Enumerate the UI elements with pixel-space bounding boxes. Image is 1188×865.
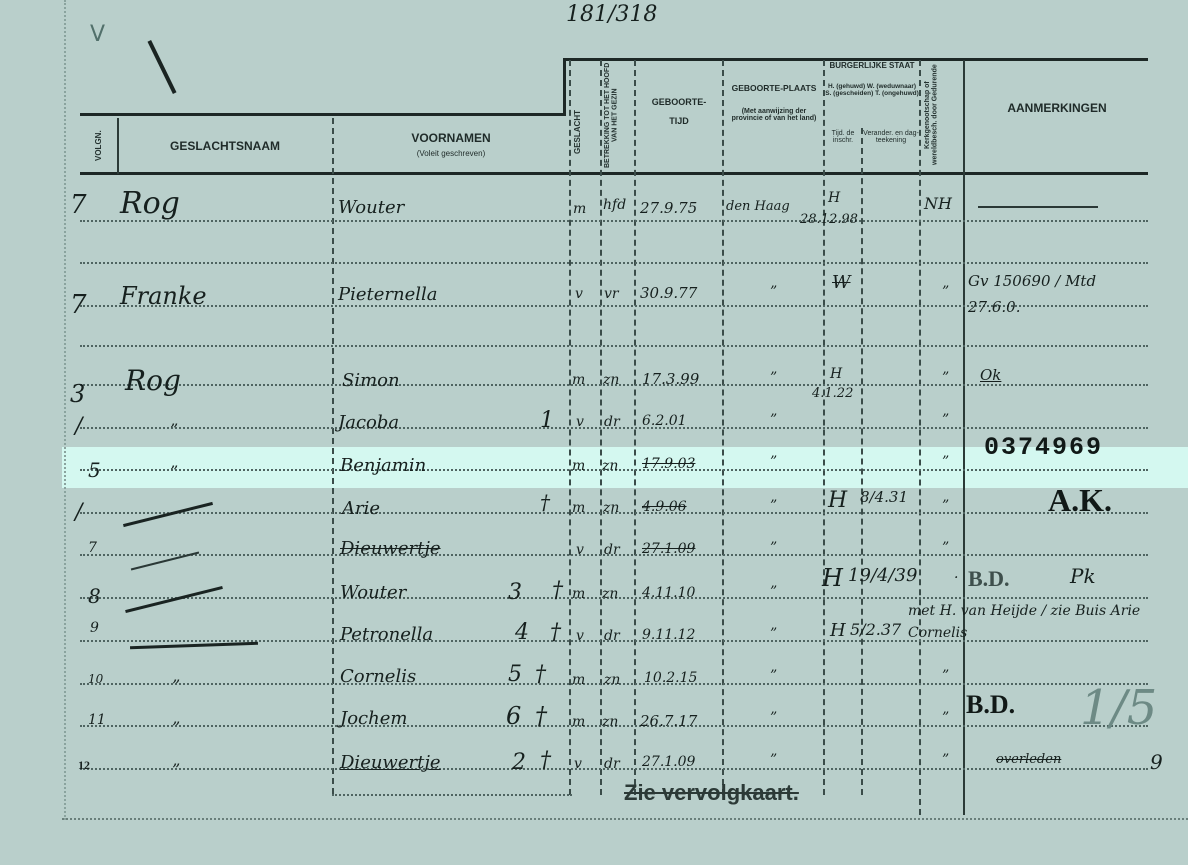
header-geboorteplaats: GEBOORTE-PLAATS: [726, 84, 822, 93]
row-9-birth: 9.11.12: [642, 627, 695, 643]
row-2-remark: Gv 150690 / Mtd 27.6.0.: [968, 268, 1148, 320]
row-5-rel: zn: [602, 458, 618, 474]
row-1-birth: 27.9.75: [640, 199, 697, 217]
margin-note: 1/5: [1080, 680, 1157, 736]
continuation-note: Zie vervolgkaart.: [624, 780, 799, 806]
row-6-civil: H: [828, 488, 847, 513]
row-6-given: Arie: [342, 498, 380, 519]
row-11-child-nr: 6: [506, 702, 521, 730]
row-4-child-nr: 1: [540, 408, 554, 433]
header-betrekking: BETREKKING TOT HET HOOFD VAN HET GEZIN: [604, 62, 630, 168]
row-line: [80, 262, 1148, 264]
header-bs-tijd: Tijd. de inschr.: [825, 130, 861, 145]
row-1-number: 7: [70, 190, 87, 220]
row-4-sex: v: [576, 414, 584, 430]
row-4-given: Jacoba: [338, 412, 399, 433]
header-burgerlijke-staat-sub: H. (gehuwd) W. (weduwnaar) S. (gescheide…: [825, 84, 919, 98]
header-voornamen-sub: (Voleit geschreven): [334, 150, 568, 158]
row-10-church: ”: [942, 668, 949, 684]
row-3-birth: 17.3.99: [642, 370, 699, 388]
header-geboortetijd-line2: TIJD: [636, 117, 722, 126]
row-2-surname: Franke: [120, 282, 207, 310]
row-5-church: ”: [942, 454, 949, 470]
row-12-sex: v: [574, 756, 582, 772]
row-1-surname: Rog: [120, 186, 180, 221]
row-1-civil: H: [828, 190, 840, 206]
row-11-church: ”: [942, 710, 949, 726]
row-9-civil: H: [830, 620, 846, 641]
row-7-church: ”: [942, 540, 949, 556]
row-9-remark: met H. van Heijde / zie Buis Arie Cornel…: [908, 600, 1148, 644]
row-8-sex: m: [572, 586, 585, 602]
row-1-remark-dash: [978, 206, 1098, 208]
row-9-sex: v: [576, 628, 584, 644]
row-12-place: ”: [770, 752, 777, 768]
col-divider: [117, 118, 119, 174]
row-12-given: Dieuwertje: [340, 752, 441, 773]
row-11-given: Jochem: [340, 708, 407, 729]
row-5-given: Benjamin: [340, 455, 426, 476]
row-2-given: Pieternella: [338, 284, 438, 305]
row-2-rel: vr: [604, 286, 619, 302]
col-divider: [861, 128, 863, 795]
row-8-remark-pk: Pk: [1070, 564, 1096, 588]
header-voornamen: VOORNAMEN: [334, 132, 568, 145]
row-6-remark-stamp-ak: A.K.: [1048, 482, 1112, 519]
row-2-birth: 30.9.77: [640, 284, 697, 302]
row-12-remark: overleden: [996, 752, 1061, 767]
row-4-place: ”: [770, 412, 777, 428]
row-6-birth: 4.9.06: [642, 499, 687, 515]
check-mark-v: V: [90, 22, 105, 47]
row-5-sex: m: [572, 458, 585, 474]
row-12-rel: dr: [604, 756, 620, 772]
row-4-birth: 6.2.01: [642, 413, 687, 429]
row-7-place: ”: [770, 540, 777, 556]
row-9-mark: †: [550, 620, 561, 645]
row-10-rel: zn: [604, 672, 620, 688]
row-10-sex: m: [572, 672, 585, 688]
header-burgerlijke-staat: BURGERLIJKE STAAT: [825, 62, 919, 70]
row-line: [80, 220, 1148, 222]
row-9-given: Petronella: [340, 624, 433, 645]
row-6-civil-date: 8/4.31: [860, 488, 908, 506]
row-2-place: ”: [770, 284, 777, 300]
row-10-child-nr: 5: [508, 662, 522, 687]
row-8-rel: zn: [602, 586, 618, 602]
row-8-civil-date: 19/4/39: [848, 565, 917, 586]
row-9-civil-date: 5/2.37: [850, 620, 901, 639]
row-12-child-nr: 2: [512, 750, 526, 775]
row-8-birth: 4.11.10: [642, 585, 695, 601]
row-8-surname-dash: [125, 586, 223, 613]
header-geslachtsnaam: GESLACHTSNAAM: [120, 140, 330, 153]
card-left-edge: [64, 0, 66, 820]
header-aanmerkingen: AANMERKINGEN: [966, 102, 1148, 115]
header-step: [563, 58, 566, 116]
header-geboortetijd: GEBOORTE- TIJD: [636, 98, 722, 127]
row-1-given: Wouter: [338, 197, 404, 218]
row-10-birth: 10.2.15: [644, 670, 697, 686]
row-8-civil: H: [822, 564, 843, 592]
row-6-place: ”: [770, 498, 777, 514]
row-6-number: /: [75, 500, 82, 525]
row-10-given: Cornelis: [340, 666, 416, 687]
header-rule-bottom: [80, 172, 1148, 175]
row-6-church: ”: [942, 498, 949, 514]
row-9-number: 9: [90, 620, 99, 636]
row-11-rel: zn: [602, 714, 618, 730]
row-8-church: ·: [954, 570, 958, 586]
header-kerkgenootschap: Kerkgenootschap of wereldbesch. door Ged…: [924, 62, 960, 168]
archive-reference: 181/318: [566, 2, 657, 27]
row-3-civil: H: [830, 366, 842, 382]
row-4-church: ”: [942, 412, 949, 428]
row-3-place: ”: [770, 370, 777, 386]
row-1-place: den Haag: [726, 199, 790, 214]
row-12-birth: 27.1.09: [642, 754, 695, 770]
row-5-place: ”: [770, 454, 777, 470]
row-3-rel: zn: [603, 372, 619, 388]
row-2-civil: W: [832, 272, 851, 293]
row-8-number: 8: [88, 584, 101, 608]
row-11-mark: †: [535, 702, 547, 730]
row-9-child-nr: 4: [515, 620, 529, 645]
row-12-mark: †: [540, 748, 551, 773]
row-9-place: ”: [770, 626, 777, 642]
row-7-sex: v: [576, 542, 584, 558]
row-1-church: NH: [924, 194, 952, 213]
row-3-given: Simon: [342, 370, 400, 391]
header-bs-verandering: Verander. en dag-teekening: [863, 130, 919, 145]
row-1-sex: m: [573, 201, 586, 217]
card-bottom-edge: [62, 818, 1188, 820]
header-geboorteplaats-sub: (Met aanwijzing der provincie of van het…: [726, 108, 822, 123]
row-5-birth: 17.9.03: [642, 456, 695, 472]
row-12-church: ”: [942, 752, 949, 768]
row-9-surname-dash: [130, 642, 258, 649]
row-11-number: 11: [88, 712, 106, 728]
row-7-number: 7: [88, 540, 97, 556]
slash-mark: [147, 40, 176, 94]
row-3-civil-date: 4.1.22: [812, 386, 853, 401]
row-7-birth: 27.1.09: [642, 541, 695, 557]
row-9-rel: dr: [604, 628, 620, 644]
row-11-birth: 26.7.17: [640, 712, 697, 730]
row-1-civil-date: 28.12.98: [800, 212, 858, 227]
row-line: [80, 345, 1148, 347]
row-line: [332, 794, 572, 796]
row-8-place: ”: [770, 584, 777, 600]
row-6-rel: zn: [603, 500, 619, 516]
row-5-remark-stamp-number: 0374969: [984, 433, 1103, 462]
row-6-mark: †: [540, 490, 550, 514]
row-1-rel: hfd: [603, 197, 626, 213]
row-3-church: ”: [942, 370, 949, 386]
row-10-place: ”: [770, 668, 777, 684]
row-2-church: ”: [942, 284, 949, 300]
row-5-number: 5: [88, 458, 101, 482]
row-8-remark-stamp-bd: B.D.: [968, 566, 1010, 592]
row-3-remark: Ok: [980, 366, 1001, 384]
row-3-number: 3: [70, 380, 85, 408]
col-divider: [963, 60, 965, 815]
row-8-given: Wouter: [340, 582, 406, 603]
row-8-mark: †: [552, 578, 563, 603]
row-3-surname: Rog: [125, 364, 181, 397]
row-3-sex: m: [572, 372, 585, 388]
row-4-number: /: [75, 414, 82, 439]
row-11-place: ”: [770, 710, 777, 726]
row-12-surname: ”: [172, 760, 180, 779]
row-8-child-nr: 3: [508, 580, 522, 605]
row-7-rel: dr: [604, 542, 620, 558]
row-4-rel: dr: [604, 414, 620, 430]
margin-mark: 9: [1150, 750, 1163, 774]
row-11-surname: ”: [172, 718, 180, 737]
row-2-number: 7: [70, 290, 87, 320]
header-rule-top-left: [80, 113, 565, 116]
row-12-number: 12: [78, 758, 90, 773]
row-6-surname-dash: [123, 502, 213, 527]
row-2-sex: v: [575, 286, 583, 302]
col-divider: [919, 60, 921, 815]
row-6-sex: m: [572, 500, 585, 516]
header-geslacht: GESLACHT: [574, 96, 592, 168]
header-geboortetijd-line1: GEBOORTE-: [636, 98, 722, 107]
row-11-sex: m: [572, 714, 585, 730]
row-10-surname: ”: [172, 676, 180, 695]
row-7-given: Dieuwertje: [340, 538, 441, 559]
header-volgnr: VOLGN.: [95, 122, 109, 170]
row-11-remark-stamp-bd: B.D.: [966, 690, 1015, 720]
row-5-surname: ”: [170, 462, 178, 481]
row-10-number: 10: [88, 672, 103, 686]
row-4-surname: ”: [170, 420, 178, 439]
row-10-mark: †: [535, 662, 546, 687]
